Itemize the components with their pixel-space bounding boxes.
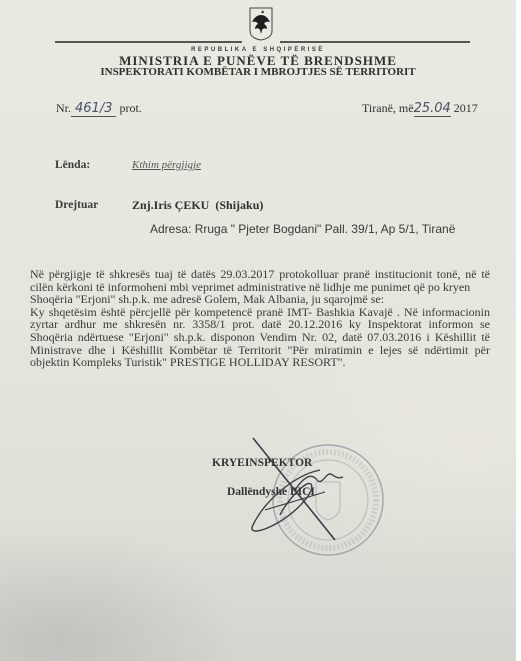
handwritten-signature-icon — [225, 430, 365, 550]
protocol-number-prefix: Nr. — [56, 101, 71, 115]
protocol-number-value: 461/3 — [71, 101, 116, 117]
protocol-number: Nr.461/3 prot. — [56, 101, 142, 116]
header-rule-right — [280, 41, 470, 43]
body-line: objektin Kompleks Turistik" PRESTIGE HOL… — [30, 356, 490, 369]
recipient-name: Znj.Iris ÇEKU (Shijaku) — [132, 198, 263, 213]
date-year: 2017 — [454, 101, 478, 115]
subject-value: Kthim përgjigje — [132, 159, 201, 171]
subject-label: Lënda: — [55, 159, 90, 171]
document-date: Tiranë, më25.04 2017 — [362, 101, 478, 116]
date-place-prefix: Tiranë, më — [362, 101, 414, 115]
date-month: 04 — [434, 101, 451, 117]
document-page: REPUBLIKA E SHQIPËRISË MINISTRIA E PUNËV… — [0, 0, 516, 661]
body-line: Në përgjigje të shkresës tuaj të datës 2… — [30, 268, 490, 281]
header-rule-left — [55, 41, 242, 43]
inspectorate-heading: INSPEKTORATI KOMBËTAR I MBROJTJES SË TER… — [0, 66, 516, 78]
letter-body: Në përgjigje të shkresës tuaj të datës 2… — [30, 268, 490, 369]
recipient-label: Drejtuar — [55, 199, 98, 211]
body-line: Shoqëria "Erjoni" sh.p.k. me adresë Gole… — [30, 293, 490, 306]
recipient-address: Adresa: Rruga " Pjeter Bogdani" Pall. 39… — [150, 222, 455, 236]
albanian-eagle-emblem-icon — [248, 7, 274, 41]
body-line: Shoqëria ndërtuese "Erjoni" sh.p.k. disp… — [30, 331, 490, 344]
date-day: 25 — [414, 101, 431, 117]
protocol-number-suffix: prot. — [119, 101, 141, 115]
